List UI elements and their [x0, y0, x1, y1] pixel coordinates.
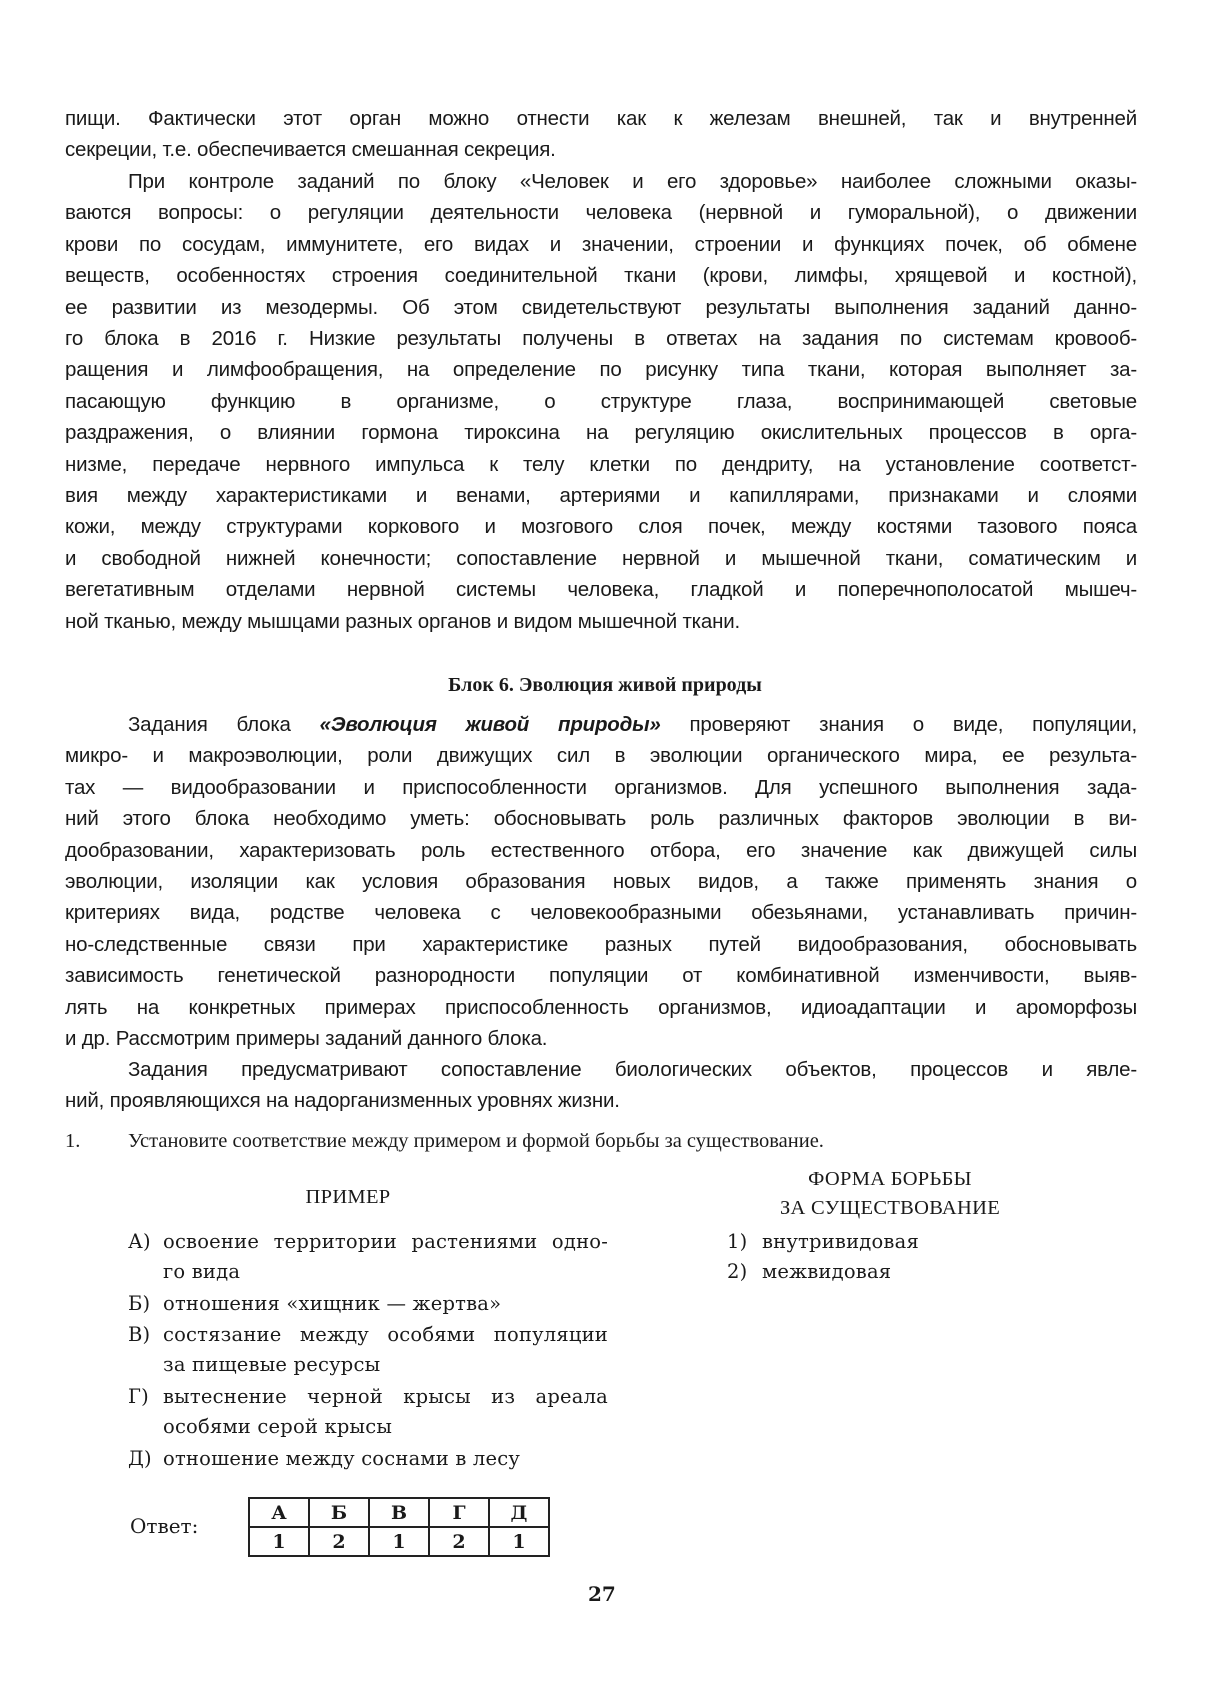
option-key: Д)	[128, 1444, 152, 1474]
example-item-a: А) освоение территории растениями одно- …	[128, 1227, 618, 1287]
option-key: Б)	[128, 1289, 150, 1319]
answer-table: А Б В Г Д 1 2 1 2 1	[248, 1497, 550, 1557]
answer-value-cell: 1	[369, 1527, 429, 1556]
text-line: крови по сосудам, иммунитете, его видах …	[65, 229, 1137, 260]
answer-value-cell: 1	[489, 1527, 549, 1556]
text-line: веществ, особенностях строения соедините…	[65, 260, 1137, 291]
page-number: 27	[588, 1582, 616, 1606]
answer-value-cell: 2	[429, 1527, 489, 1556]
text-line: При контроле заданий по блоку «Человек и…	[65, 166, 1137, 197]
answer-header-cell: Д	[489, 1498, 549, 1527]
option-text: особями серой крысы	[163, 1412, 608, 1442]
forms-title-line: ЗА СУЩЕСТВОВАНИЕ	[730, 1194, 1050, 1223]
text-line: критериях вида, родстве человека с челов…	[65, 897, 1137, 928]
text-line: пищи. Фактически этот орган можно отнест…	[65, 103, 1137, 134]
text-line: дообразовании, характеризовать роль есте…	[65, 835, 1137, 866]
answer-value-cell: 2	[309, 1527, 369, 1556]
text-line: и свободной нижней конечности; сопоставл…	[65, 543, 1137, 574]
option-key: Г)	[128, 1382, 149, 1412]
option-text: го вида	[163, 1257, 608, 1287]
option-text: отношения «хищник — жертва»	[163, 1289, 608, 1319]
option-text: вытеснение черной крысы из ареала	[163, 1382, 608, 1412]
text-line: низме, передаче нервного импульса к телу…	[65, 449, 1137, 480]
option-key: А)	[128, 1227, 151, 1257]
health-block-paragraph: При контроле заданий по блоку «Человек и…	[65, 166, 1137, 637]
text-line: Задания предусматривают сопоставление би…	[65, 1054, 1137, 1085]
text-line: зависимость генетической разнородности п…	[65, 960, 1137, 991]
answer-header-cell: А	[249, 1498, 309, 1527]
section-heading: Блок 6. Эволюция живой природы	[0, 674, 1210, 697]
form-item-2: 2) межвидовая	[727, 1257, 1027, 1287]
option-text: состязание между особями популяции	[163, 1320, 608, 1350]
example-item-d: Д) отношение между соснами в лесу	[128, 1444, 618, 1474]
answer-header-cell: В	[369, 1498, 429, 1527]
answer-header-cell: Б	[309, 1498, 369, 1527]
option-key: 1)	[727, 1227, 747, 1257]
block6-paragraph-2: Задания предусматривают сопоставление би…	[65, 1054, 1137, 1117]
text-line: ваются вопросы: о регуляции деятельности…	[65, 197, 1137, 228]
intro-paragraph: пищи. Фактически этот орган можно отнест…	[65, 103, 1137, 166]
answer-header-row: А Б В Г Д	[249, 1498, 549, 1527]
example-item-v: В) состязание между особями популяции за…	[128, 1320, 618, 1380]
text-line: ний этого блока необходимо уметь: обосно…	[65, 803, 1137, 834]
text-line: лять на конкретных примерах приспособлен…	[65, 992, 1137, 1023]
text-fragment: Задания блока	[128, 713, 320, 736]
text-line: ее развитии из мезодермы. Об этом свидет…	[65, 292, 1137, 323]
task-prompt: 1.Установите соответствие между примером…	[65, 1130, 824, 1153]
task-text: Установите соответствие между примером и…	[128, 1130, 824, 1152]
answer-header-cell: Г	[429, 1498, 489, 1527]
text-line: эволюции, изоляции как условия образован…	[65, 866, 1137, 897]
option-text: внутривидовая	[762, 1227, 1012, 1257]
block6-paragraph-1: Задания блока «Эволюция живой природы» п…	[65, 709, 1137, 1054]
option-key: 2)	[727, 1257, 747, 1287]
text-line: кожи, между структурами коркового и мозг…	[65, 511, 1137, 542]
text-line: ной тканью, между мышцами разных органов…	[65, 606, 1137, 637]
option-key: В)	[128, 1320, 150, 1350]
emphasized-title: «Эволюция живой природы»	[320, 713, 661, 736]
forms-title-line: ФОРМА БОРЬБЫ	[730, 1165, 1050, 1194]
example-item-b: Б) отношения «хищник — жертва»	[128, 1289, 618, 1319]
examples-column-title: ПРИМЕР	[248, 1183, 448, 1212]
text-line: микро- и макроэволюции, роли движущих си…	[65, 740, 1137, 771]
answer-label: Ответ:	[130, 1514, 198, 1538]
task-number: 1.	[65, 1130, 128, 1153]
option-text: отношение между соснами в лесу	[163, 1444, 608, 1474]
text-line: го блока в 2016 г. Низкие результаты пол…	[65, 323, 1137, 354]
text-line: и др. Рассмотрим примеры заданий данного…	[65, 1023, 1137, 1054]
example-item-g: Г) вытеснение черной крысы из ареала осо…	[128, 1382, 618, 1442]
text-line: ний, проявляющихся на надорганизменных у…	[65, 1085, 1137, 1116]
option-text: освоение территории растениями одно-	[163, 1227, 608, 1257]
answer-value-cell: 1	[249, 1527, 309, 1556]
text-line: ращения и лимфообращения, на определение…	[65, 354, 1137, 385]
text-line: вегетативным отделами нервной системы че…	[65, 574, 1137, 605]
forms-column-title: ФОРМА БОРЬБЫ ЗА СУЩЕСТВОВАНИЕ	[730, 1165, 1050, 1223]
text-line: пасающую функцию в организме, о структур…	[65, 386, 1137, 417]
text-line: тах — видообразовании и приспособленност…	[65, 772, 1137, 803]
document-page: пищи. Фактически этот орган можно отнест…	[0, 0, 1210, 1706]
text-fragment: проверяют знания о виде, популяции,	[661, 713, 1137, 736]
option-text: за пищевые ресурсы	[163, 1350, 608, 1380]
text-line: но-следственные связи при характеристике…	[65, 929, 1137, 960]
text-line: вия между характеристиками и венами, арт…	[65, 480, 1137, 511]
option-text: межвидовая	[762, 1257, 1012, 1287]
answer-value-row: 1 2 1 2 1	[249, 1527, 549, 1556]
text-line: раздражения, о влиянии гормона тироксина…	[65, 417, 1137, 448]
form-item-1: 1) внутривидовая	[727, 1227, 1027, 1257]
text-line: Задания блока «Эволюция живой природы» п…	[65, 709, 1137, 740]
text-line: секреции, т.е. обеспечивается смешанная …	[65, 134, 1137, 165]
